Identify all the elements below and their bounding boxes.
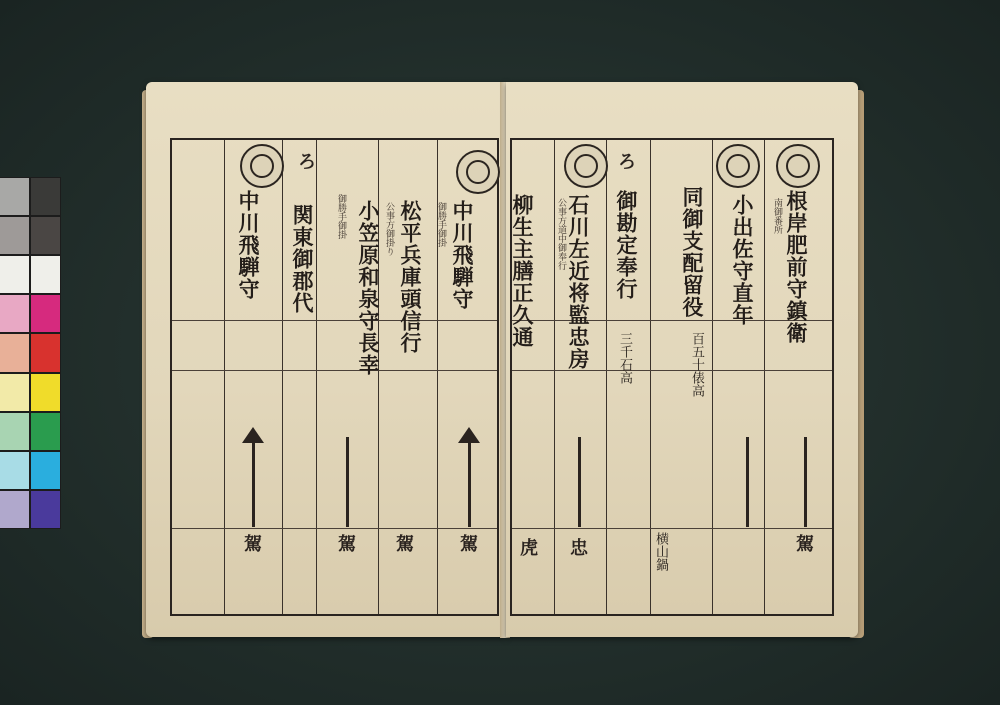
column-side-note: 公事方御掛り (384, 202, 393, 256)
bottom-glyph: 駕 (338, 530, 356, 556)
family-crest-icon (240, 144, 284, 188)
calibration-swatch (0, 452, 29, 489)
calibration-swatch (0, 334, 29, 371)
column-side-note: 南御番所 (772, 198, 781, 234)
bottom-glyph: 駕 (460, 530, 478, 556)
bottom-glyph: 駕 (244, 530, 262, 556)
column-title: 根岸肥前守鎮衛 (786, 190, 807, 344)
calibration-swatch (0, 491, 29, 528)
calibration-swatch (31, 178, 60, 215)
calibration-swatch (31, 413, 60, 450)
calibration-swatch (31, 217, 60, 254)
column-subtitle: 三千石高 (618, 332, 631, 384)
bottom-glyph: 駕 (396, 530, 414, 556)
left-page: ろ 関東御郡代 中川飛騨守 小笠原和泉守長幸 松平兵庫頭信行 中川飛騨守 御勝手… (146, 82, 506, 637)
calibration-swatch (0, 295, 29, 332)
calibration-swatch (31, 334, 60, 371)
calibration-swatch (0, 178, 29, 215)
column-title: 松平兵庫頭信行 (400, 200, 421, 354)
calibration-swatch (31, 374, 60, 411)
column-title: 御勘定奉行 (616, 190, 637, 300)
column-bottom-name: 横山鍋 (654, 532, 667, 571)
column-side-note: 公事方道中御奉行 (556, 198, 565, 270)
bottom-glyph: 虎 (520, 534, 538, 560)
family-crest-icon (776, 144, 820, 188)
calibration-swatch (0, 217, 29, 254)
column-side-note: 御勝手御掛 (436, 202, 445, 247)
column-side-note: 御勝手御掛 (336, 194, 345, 239)
column-title: 関東御郡代 (292, 204, 313, 314)
bottom-glyph: 駕 (796, 530, 814, 556)
right-page: ろ 柳生主膳正久通 石川左近将監忠房 御勘定奉行 同御支配留役 小出佐守直年 根… (506, 82, 858, 637)
column-title: 中川飛騨守 (238, 190, 259, 300)
family-crest-icon (564, 144, 608, 188)
column-subtitle: 百五十俵高 (690, 332, 703, 397)
calibration-swatch (31, 256, 60, 293)
family-crest-icon (716, 144, 760, 188)
ro-mark: ろ (298, 148, 316, 174)
calibration-swatch (31, 295, 60, 332)
calibration-swatch (31, 452, 60, 489)
column-title: 柳生主膳正久通 (512, 194, 533, 348)
open-book: ろ 関東御郡代 中川飛騨守 小笠原和泉守長幸 松平兵庫頭信行 中川飛騨守 御勝手… (142, 82, 864, 642)
ro-mark: ろ (618, 148, 636, 174)
calibration-swatch (0, 256, 29, 293)
column-title: 石川左近将監忠房 (568, 194, 589, 370)
column-title: 小出佐守直年 (732, 194, 753, 326)
bottom-glyph: 忠 (570, 534, 588, 560)
calibration-swatch (0, 374, 29, 411)
column-title: 小笠原和泉守長幸 (358, 200, 379, 376)
column-title: 中川飛騨守 (452, 200, 473, 310)
calibration-swatch (31, 491, 60, 528)
family-crest-icon (456, 150, 500, 194)
column-title: 同御支配留役 (682, 186, 703, 318)
calibration-swatch (0, 413, 29, 450)
color-calibration-strip (0, 177, 61, 529)
